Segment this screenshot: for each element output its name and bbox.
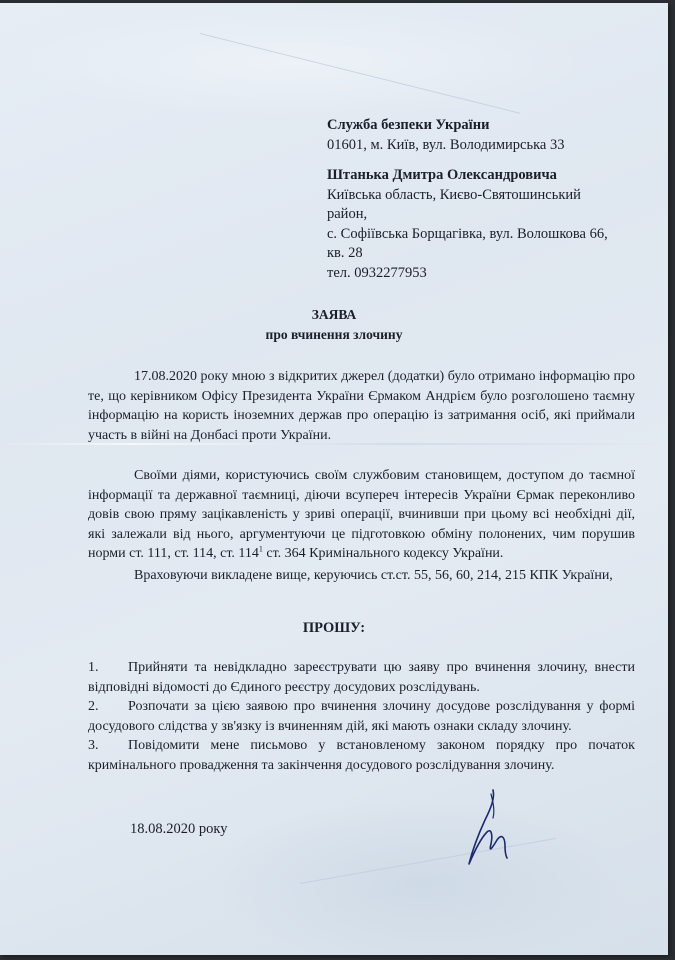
document-title-block: ЗАЯВА про вчинення злочину bbox=[0, 305, 668, 345]
sender-address-line: с. Софіївська Борщагівка, вул. Волошкова… bbox=[327, 225, 647, 245]
addressee-name: Служба безпеки України bbox=[327, 115, 565, 135]
request-number: 1. bbox=[88, 658, 128, 678]
request-text: Розпочати за цією заявою про вчинення зл… bbox=[88, 699, 635, 734]
request-item-3: 3.Повідомити мене письмово у встановлено… bbox=[88, 736, 635, 775]
sender-name: Штанька Дмитра Олександровича bbox=[327, 166, 647, 186]
request-item-1: 1.Прийняти та невідкладно зареєструвати … bbox=[88, 658, 635, 697]
request-number: 2. bbox=[88, 697, 128, 717]
sender-address-line: район, bbox=[327, 205, 647, 225]
request-text: Прийняти та невідкладно зареєструвати цю… bbox=[88, 660, 635, 695]
paragraph-text: 17.08.2020 року мною з відкритих джерел … bbox=[88, 367, 635, 445]
document-page: Служба безпеки України 01601, м. Київ, в… bbox=[0, 3, 668, 955]
paragraph-3: Враховуючи викладене вище, керуючись ст.… bbox=[88, 566, 635, 586]
document-subtitle: про вчинення злочину bbox=[0, 325, 668, 345]
paper-crease bbox=[200, 33, 520, 114]
paragraph-text: Враховуючи викладене вище, керуючись ст.… bbox=[88, 566, 635, 586]
sender-address-line: Київська область, Києво-Святошинський bbox=[327, 186, 647, 206]
document-title: ЗАЯВА bbox=[0, 305, 668, 325]
signing-date: 18.08.2020 року bbox=[130, 821, 227, 838]
addressee-address: 01601, м. Київ, вул. Володимирська 33 bbox=[327, 135, 565, 155]
sender-block: Штанька Дмитра Олександровича Київська о… bbox=[327, 166, 647, 283]
sender-phone: тел. 0932277953 bbox=[327, 264, 647, 284]
request-list: 1.Прийняти та невідкладно зареєструвати … bbox=[88, 658, 635, 775]
request-text: Повідомити мене письмово у встановленому… bbox=[88, 738, 635, 773]
request-heading: ПРОШУ: bbox=[0, 620, 668, 637]
sender-address-line: кв. 28 bbox=[327, 244, 647, 264]
request-number: 3. bbox=[88, 736, 128, 756]
paragraph-text: Своїми діями, користуючись своїм службов… bbox=[88, 466, 635, 564]
addressee-block: Служба безпеки України 01601, м. Київ, в… bbox=[327, 115, 565, 155]
signature-icon bbox=[455, 788, 525, 873]
paragraph-tail: ст. 364 Кримінального кодексу України. bbox=[263, 546, 504, 561]
paragraph-2: Своїми діями, користуючись своїм службов… bbox=[88, 466, 635, 564]
paragraph-1: 17.08.2020 року мною з відкритих джерел … bbox=[88, 367, 635, 445]
request-item-2: 2.Розпочати за цією заявою про вчинення … bbox=[88, 697, 635, 736]
